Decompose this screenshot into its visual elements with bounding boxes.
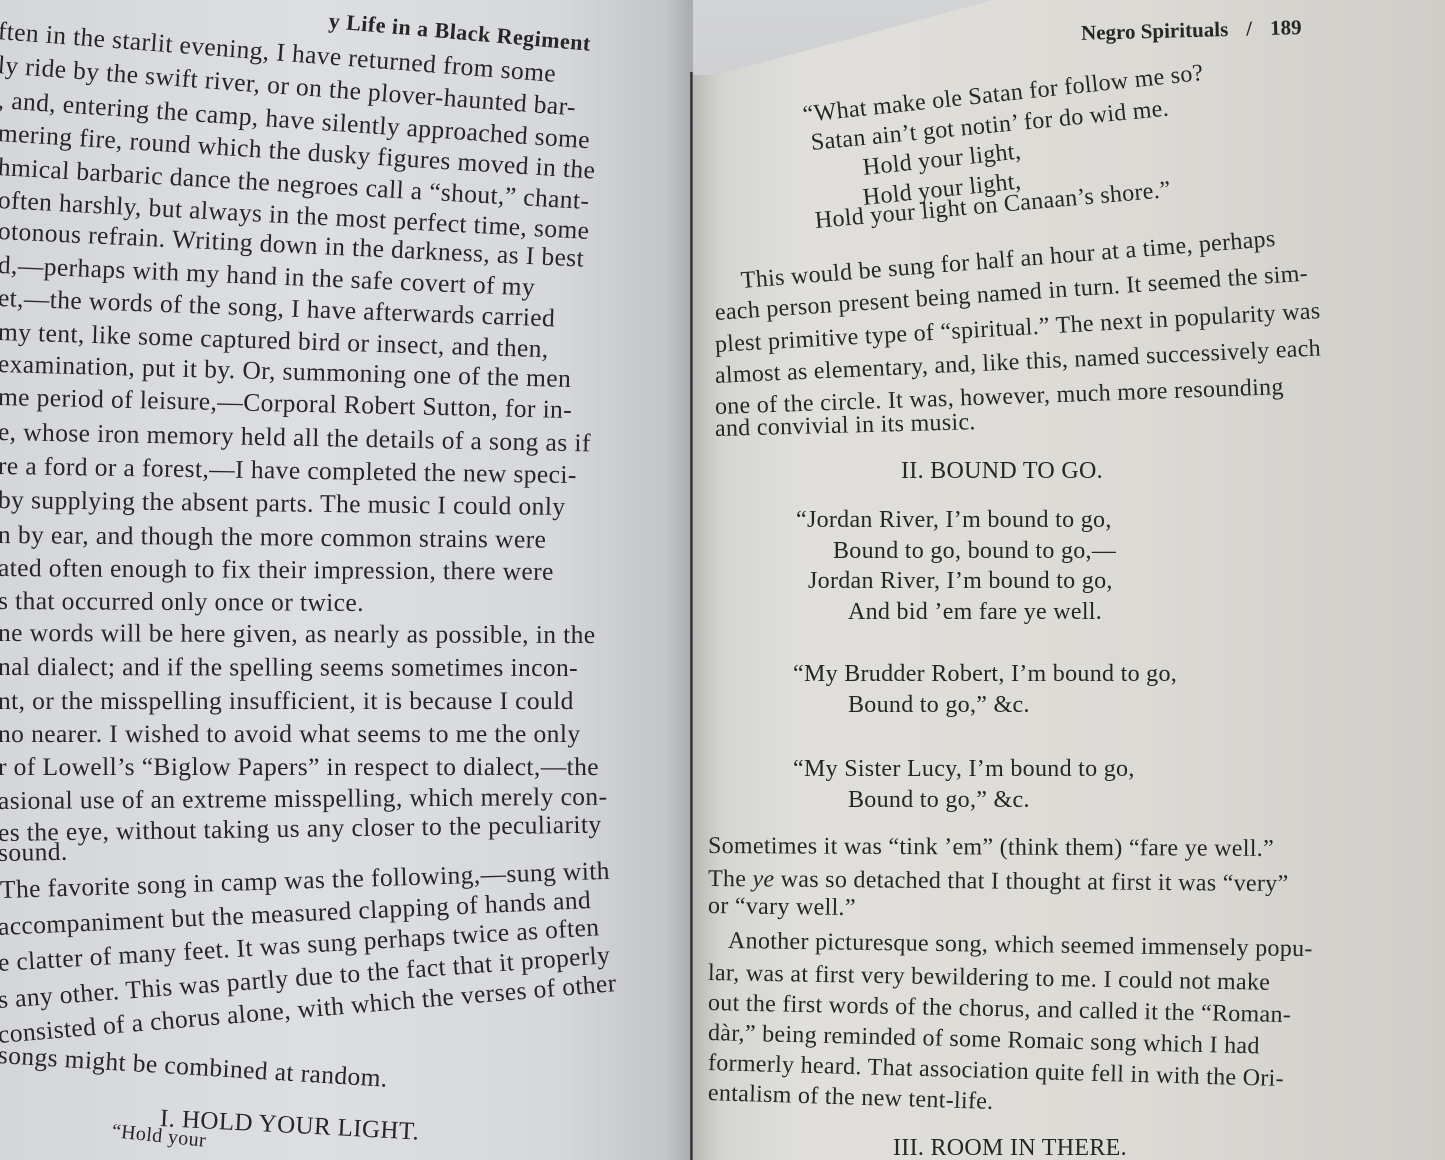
text-span: The: [708, 866, 753, 892]
verse-line: Jordan River, I’m bound to go,: [808, 568, 1113, 595]
book-spread: y Life in a Black Regiment ften in the s…: [0, 0, 1445, 1160]
left-line: s that occurred only once or twice.: [0, 586, 364, 618]
verse-line: Bound to go,” &c.: [848, 787, 1030, 814]
section-heading-bound-to-go: II. BOUND TO GO.: [901, 458, 1103, 485]
page-corner-shadow: [693, 0, 1445, 75]
verse-line: “My Sister Lucy, I’m bound to go,: [793, 756, 1135, 783]
left-line: n by ear, and though the more common str…: [0, 520, 546, 555]
paragraph-line: Another picturesque song, which seemed i…: [728, 928, 1313, 963]
left-line: songs might be combined at random.: [0, 1040, 389, 1094]
paragraph-line: or “vary well.”: [708, 893, 856, 922]
right-page: Negro Spirituals/189 “What make ole Sata…: [693, 0, 1445, 1160]
paragraph-line: Sometimes it was “tink ’em” (think them)…: [708, 833, 1274, 863]
running-head-title: Negro Spirituals: [1081, 17, 1229, 45]
left-line: by supplying the absent parts. The music…: [0, 485, 566, 522]
left-line: ne words will be here given, as nearly a…: [0, 618, 596, 650]
text-span: was so detached that I thought at first …: [774, 867, 1288, 897]
left-line: no nearer. I wished to avoid what seems …: [0, 719, 580, 749]
verse-line: “Jordan River, I’m bound to go,: [796, 507, 1112, 534]
italic-text: ye: [752, 866, 774, 892]
left-line: nt, or the misspelling insufficient, it …: [0, 686, 574, 716]
left-line: r of Lowell’s “Biglow Papers” in respect…: [0, 752, 599, 782]
section-heading-room-in-there: III. ROOM IN THERE.: [893, 1135, 1127, 1160]
left-line: ated often enough to fix their impressio…: [0, 553, 554, 587]
running-head-separator: /: [1246, 16, 1252, 40]
left-line: sound.: [0, 837, 68, 868]
left-line: nal dialect; and if the spelling seems s…: [0, 652, 578, 683]
verse-line: Bound to go, bound to go,—: [833, 538, 1116, 565]
paragraph-line: and convivial in its music.: [715, 409, 976, 443]
paragraph-line: entalism of the new tent-life.: [708, 1080, 994, 1116]
verse-line: And bid ’em fare ye well.: [848, 599, 1102, 626]
verse-line: “My Brudder Robert, I’m bound to go,: [793, 661, 1177, 688]
left-page: y Life in a Black Regiment ften in the s…: [0, 0, 693, 1160]
left-line: re a ford or a forest,—I have completed …: [0, 451, 577, 490]
verse-line: Bound to go,” &c.: [848, 692, 1030, 719]
right-running-head: Negro Spirituals/189: [1081, 15, 1302, 46]
page-number: 189: [1270, 15, 1302, 40]
